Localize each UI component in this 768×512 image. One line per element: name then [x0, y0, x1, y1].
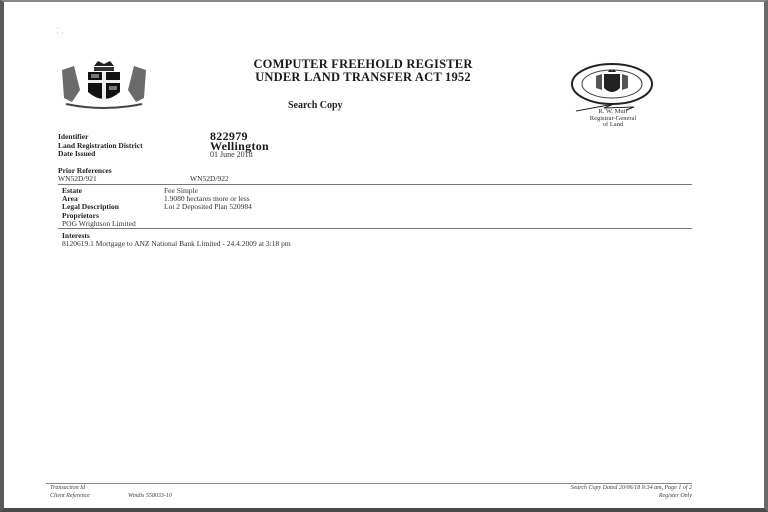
divider-rule — [58, 184, 692, 185]
title-line-2: UNDER LAND TRANSFER ACT 1952 — [204, 71, 522, 84]
legal-description-value: Lot 2 Deposited Plan 520984 — [164, 202, 252, 211]
transaction-id-label: Transaction Id — [50, 485, 85, 491]
coat-of-arms-icon — [56, 60, 152, 110]
legal-description-label: Legal Description — [62, 202, 119, 211]
search-copy-dated: Search Copy Dated 20/06/18 9:34 am, Page… — [484, 485, 692, 491]
search-copy-label: Search Copy — [288, 100, 343, 111]
registrar-block: R. W. Muir Registrar-General of Land — [562, 109, 664, 129]
document-title: COMPUTER FREEHOLD REGISTER UNDER LAND TR… — [204, 58, 522, 84]
registrar-title-2: of Land — [562, 122, 664, 129]
client-reference-value: Windis 558033-10 — [128, 493, 172, 499]
date-issued-value: 01 June 2018 — [210, 150, 253, 159]
proprietors-value: POG Wrightson Limited — [62, 219, 136, 228]
interest-item: 8120619.1 Mortgage to ANZ National Bank … — [62, 239, 291, 248]
document-page: ·̀ · COMPUTER FREEHOLD REGISTER UNDER LA… — [0, 0, 768, 512]
prior-reference-1: WN52D/921 — [58, 174, 97, 183]
prior-reference-2: WN52D/922 — [190, 174, 229, 183]
identifier-label: Identifier — [58, 132, 88, 141]
footer-rule — [46, 483, 692, 484]
date-issued-label: Date Issued — [58, 149, 95, 158]
client-reference-label: Client Reference — [50, 493, 90, 499]
registrar-seal-icon — [570, 62, 654, 106]
divider-rule — [58, 228, 692, 229]
scan-artifact: ·̀ · — [56, 28, 74, 34]
register-only: Register Only — [584, 493, 692, 499]
